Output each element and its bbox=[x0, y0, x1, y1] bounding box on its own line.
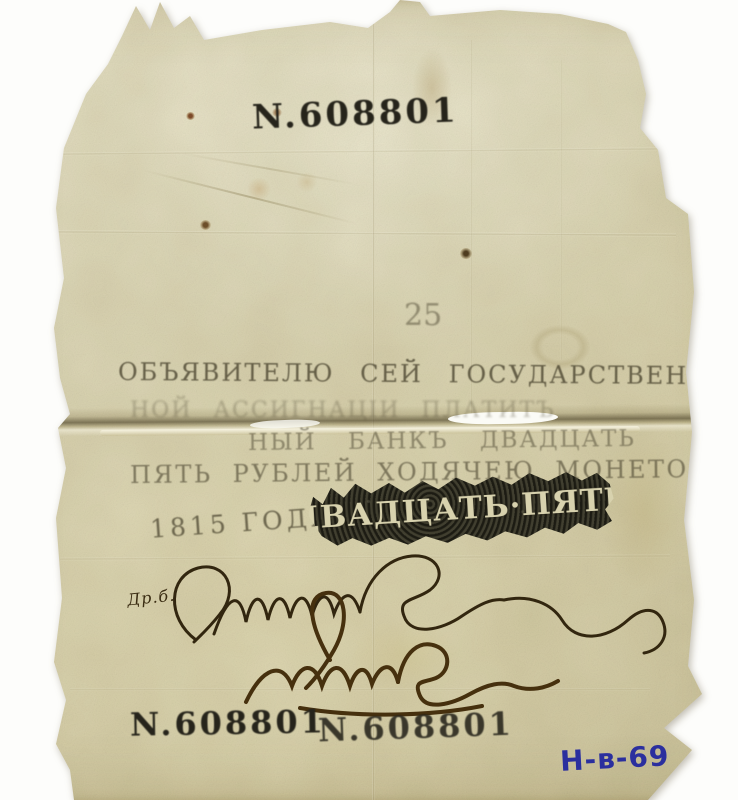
stain-bottom-center bbox=[350, 620, 460, 690]
serial-number-bottom-left: N.608801 bbox=[130, 702, 327, 743]
crease-horizontal-upper bbox=[60, 147, 660, 155]
crease-vertical-far-right bbox=[560, 60, 563, 360]
stain-spot-1 bbox=[186, 112, 195, 120]
text-line-1: ОБЪЯВИТЕЛЮ СЕЙ ГОСУДАРСТВЕН bbox=[118, 358, 688, 390]
crease-horizontal-lower bbox=[60, 554, 670, 560]
crease-horizontal-mid-upper bbox=[56, 230, 676, 236]
stain-spot-4 bbox=[460, 248, 472, 259]
signature-first bbox=[174, 556, 664, 653]
stain-spot-3 bbox=[200, 220, 211, 230]
scratch-mark-2 bbox=[181, 152, 359, 185]
stain-right-edge bbox=[600, 430, 690, 590]
signature-second bbox=[246, 593, 558, 715]
crease-horizontal-bottom bbox=[70, 688, 650, 691]
signature-prefix: Др.б. bbox=[126, 586, 176, 610]
text-line-2: НОЙ АССИГНАЦІИ ПЛАТИТЪ bbox=[130, 398, 556, 423]
denomination-stamp-text: ДВАДЦАТЬ·ПЯТЬ bbox=[290, 481, 631, 538]
inventory-mark: Н-в-69 bbox=[559, 739, 670, 778]
denomination-small-numeral: 25 bbox=[404, 298, 442, 333]
scan-background: N.608801 25 ОБЪЯВИТЕЛЮ СЕЙ ГОСУДАРСТВЕН … bbox=[0, 0, 738, 800]
text-line-3: НЫЙ БАНКЪ ДВАДЦАТЬ bbox=[248, 426, 636, 456]
banknote-paper: N.608801 25 ОБЪЯВИТЕЛЮ СЕЙ ГОСУДАРСТВЕН … bbox=[0, 0, 738, 800]
serial-number-top: N.608801 bbox=[251, 90, 459, 137]
banknote-paper-wrap: N.608801 25 ОБЪЯВИТЕЛЮ СЕЙ ГОСУДАРСТВЕН … bbox=[0, 0, 738, 800]
serial-number-bottom-right: N.608801 bbox=[317, 705, 514, 750]
